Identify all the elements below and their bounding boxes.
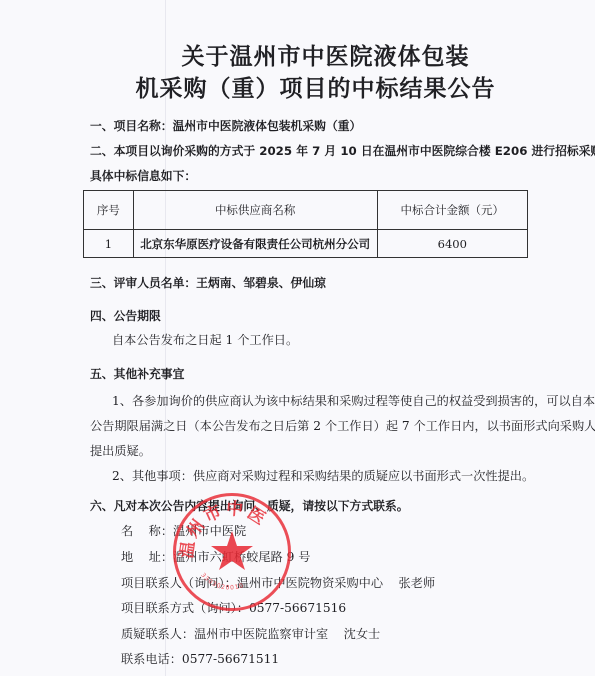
header-supplier: 中标供应商名称: [133, 191, 377, 230]
section-notice-period-body: 自本公告发布之日起 1 个工作日。: [112, 332, 298, 348]
document-title-line1: 关于温州市中医院液体包装: [28, 38, 595, 71]
section-reviewers: 三、评审人员名单：王炳南、邹碧泉、伊仙琼: [90, 275, 326, 291]
supplementary-item1-line2: 公告期限届满之日（本公告发布之日后第 2 个工作日）起 7 个工作日内，以书面形…: [90, 418, 595, 434]
cell-amount: 6400: [377, 230, 527, 258]
contact-objection-person: 质疑联系人：温州市中医院监察审计室 沈女士: [121, 626, 380, 642]
contact-address: 地 址：温州市六虹桥蛟尾路 9 号: [121, 549, 310, 565]
contact-objection-phone: 联系电话：0577-56671511: [121, 651, 279, 667]
document-title-line2: 机采购（重）项目的中标结果公告: [18, 70, 595, 103]
supplementary-item1-line3: 提出质疑。: [90, 443, 151, 459]
contact-name: 名 称：温州市中医院: [121, 523, 246, 539]
section-project-name: 一、项目名称：温州市中医院液体包装机采购（重）: [90, 118, 361, 134]
document-page: 关于温州市中医院液体包装 机采购（重）项目的中标结果公告 一、项目名称：温州市中…: [0, 0, 595, 676]
section-procurement-method: 二、本项目以询价采购的方式于 2025 年 7 月 10 日在温州市中医院综合楼…: [90, 143, 595, 159]
section-bid-info-intro: 具体中标信息如下：: [90, 168, 196, 184]
supplementary-item2: 2、其他事项：供应商对采购过程和采购结果的质疑应以书面形式一次性提出。: [112, 468, 534, 484]
cell-serial: 1: [84, 230, 134, 258]
section-contact-heading: 六、凡对本次公告内容提出询问、质疑，请按以下方式联系。: [90, 498, 409, 514]
section-supplementary-heading: 五、其他补充事宜: [90, 366, 184, 382]
bid-result-table: 序号 中标供应商名称 中标合计金额（元） 1 北京东华原医疗设备有限责任公司杭州…: [83, 190, 528, 258]
table-row: 1 北京东华原医疗设备有限责任公司杭州分公司 6400: [84, 230, 528, 258]
contact-project-phone: 项目联系方式（询问）：0577-56671516: [121, 600, 346, 616]
header-amount: 中标合计金额（元）: [377, 191, 527, 230]
supplementary-item1-line1: 1、各参加询价的供应商认为该中标结果和采购过程等使自己的权益受到损害的，可以自本: [112, 393, 595, 409]
section-notice-period-heading: 四、公告期限: [90, 308, 161, 324]
cell-supplier: 北京东华原医疗设备有限责任公司杭州分公司: [133, 230, 377, 258]
header-serial: 序号: [84, 191, 134, 230]
table-header-row: 序号 中标供应商名称 中标合计金额（元）: [84, 191, 528, 230]
contact-project-person: 项目联系人（询问）：温州市中医院物资采购中心 张老师: [121, 575, 435, 591]
